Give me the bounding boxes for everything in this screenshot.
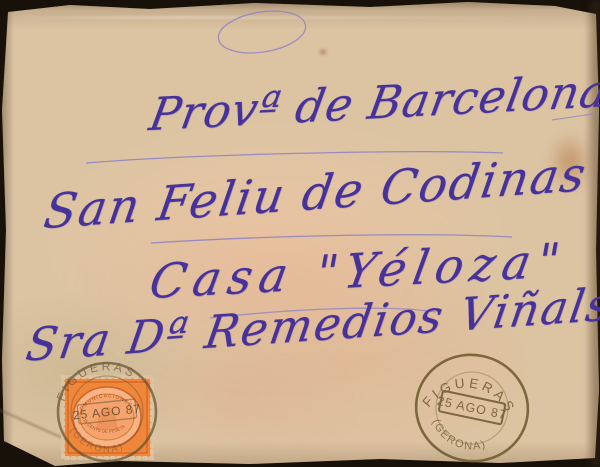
postmark-right-province: (GERONA) [425, 416, 492, 457]
postmark-right: FIGUERAS (GERONA) 25 AGO 87 [406, 345, 538, 467]
envelope-photo: COMUNICACIONES 15 CENTS DE PESETA FIGUER… [0, 0, 600, 467]
